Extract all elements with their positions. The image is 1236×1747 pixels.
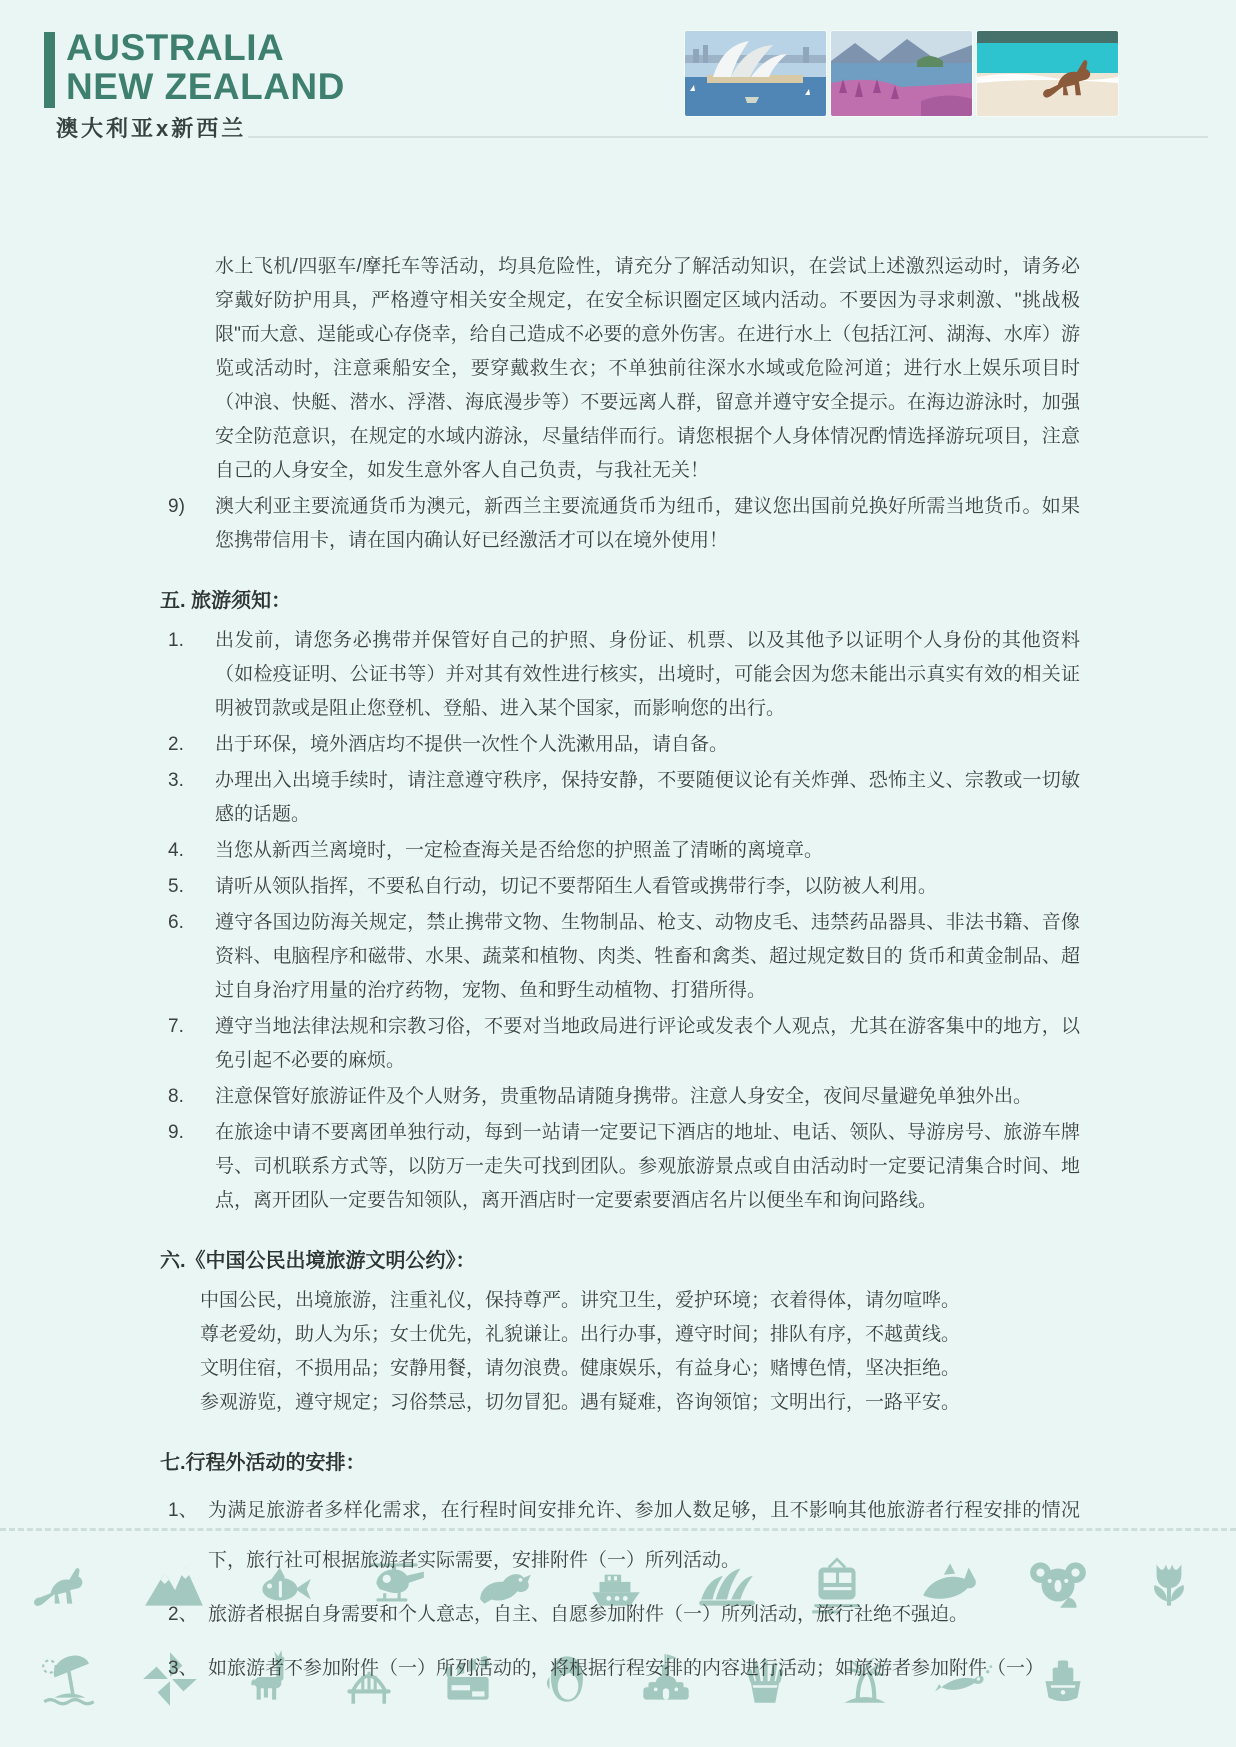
list-item: 9.在旅途中请不要离团单独行动，每到一站请一定要记下酒店的地址、电话、领队、导游… (160, 1116, 1080, 1218)
item-text: 办理出入出境手续时，请注意遵守秩序，保持安静，不要随便议论有关炸弹、恐怖主义、宗… (215, 764, 1080, 832)
item-text: 在旅途中请不要离团单独行动，每到一站请一定要记下酒店的地址、电话、领队、导游房号… (215, 1116, 1080, 1218)
brand-subtitle: 澳大利亚x新西兰 (56, 112, 246, 143)
list-item: 2.出于环保，境外酒店均不提供一次性个人洗漱用品，请自备。 (160, 728, 1080, 762)
item-number: 1、 (160, 1486, 208, 1586)
list-item: 2、旅游者根据自身需要和个人意志，自主、自愿参加附件（一）所列活动，旅行社绝不强… (160, 1590, 1080, 1640)
item-number: 9) (160, 490, 215, 558)
item-number: 4. (160, 834, 215, 868)
list-item: 7.遵守当地法律法规和宗教习俗，不要对当地政局进行评论或发表个人观点，尤其在游客… (160, 1010, 1080, 1078)
item-number: 2. (160, 728, 215, 762)
pledge-line: 文明住宿，不损用品；安静用餐，请勿浪费。健康娱乐，有益身心；赌博色情，坚决拒绝。 (200, 1352, 1080, 1386)
document-body: 水上飞机/四驱车/摩托车等活动，均具危险性，请充分了解活动知识，在尝试上述激烈运… (160, 250, 1080, 1694)
section5-title: 五. 旅游须知： (160, 584, 1080, 618)
item-text: 请听从领队指挥，不要私自行动，切记不要帮陌生人看管或携带行李，以防被人利用。 (215, 870, 1080, 904)
item-text: 遵守各国边防海关规定，禁止携带文物、生物制品、枪支、动物皮毛、违禁药品器具、非法… (215, 906, 1080, 1008)
item-number: 1. (160, 624, 215, 726)
lake-lupins-photo (831, 31, 972, 116)
list-item: 9) 澳大利亚主要流通货币为澳元，新西兰主要流通货币为纽币，建议您出国前兑换好所… (160, 490, 1080, 558)
item-text: 注意保管好旅游证件及个人财务，贵重物品请随身携带。注意人身安全，夜间尽量避免单独… (215, 1080, 1080, 1114)
item-text: 澳大利亚主要流通货币为澳元，新西兰主要流通货币为纽币，建议您出国前兑换好所需当地… (215, 490, 1080, 558)
item-number: 6. (160, 906, 215, 1008)
item-number: 5. (160, 870, 215, 904)
list-item: 4.当您从新西兰离境时，一定检查海关是否给您的护照盖了清晰的离境章。 (160, 834, 1080, 868)
list-item: 6.遵守各国边防海关规定，禁止携带文物、生物制品、枪支、动物皮毛、违禁药品器具、… (160, 906, 1080, 1008)
brand-line1: AUSTRALIA (66, 28, 345, 67)
sydney-opera-house-photo (685, 31, 826, 116)
item-text: 如旅游者不参加附件（一）所列活动的，将根据行程安排的内容进行活动；如旅游者参加附… (208, 1644, 1080, 1694)
brand-logo: AUSTRALIA NEW ZEALAND (44, 28, 345, 108)
brand-wordmark: AUSTRALIA NEW ZEALAND (66, 28, 345, 106)
section7-list: 1、为满足旅游者多样化需求，在行程时间安排允许、参加人数足够，且不影响其他旅游者… (160, 1486, 1080, 1694)
item-text: 出发前，请您务必携带并保管好自己的护照、身份证、机票、以及其他予以证明个人身份的… (215, 624, 1080, 726)
safety-paragraph: 水上飞机/四驱车/摩托车等活动，均具危险性，请充分了解活动知识，在尝试上述激烈运… (215, 250, 1080, 488)
pledge-line: 中国公民，出境旅游，注重礼仪，保持尊严。讲究卫生，爱护环境；衣着得体，请勿喧哗。 (200, 1284, 1080, 1318)
list-item: 3.办理出入出境手续时，请注意遵守秩序，保持安静，不要随便议论有关炸弹、恐怖主义… (160, 764, 1080, 832)
list-item: 3、如旅游者不参加附件（一）所列活动的，将根据行程安排的内容进行活动；如旅游者参… (160, 1644, 1080, 1694)
section7-title: 七.行程外活动的安排： (160, 1446, 1080, 1480)
item-number: 3. (160, 764, 215, 832)
kangaroo-beach-photo (977, 31, 1118, 116)
item-number: 8. (160, 1080, 215, 1114)
item-text: 出于环保，境外酒店均不提供一次性个人洗漱用品，请自备。 (215, 728, 1080, 762)
list-item: 1.出发前，请您务必携带并保管好自己的护照、身份证、机票、以及其他予以证明个人身… (160, 624, 1080, 726)
document-page: AUSTRALIA NEW ZEALAND 澳大利亚x新西兰 (0, 0, 1236, 1747)
header-divider (248, 136, 1208, 138)
beach-umbrella-icon (38, 1646, 104, 1712)
item-number: 7. (160, 1010, 215, 1078)
item-text: 为满足旅游者多样化需求，在行程时间安排允许、参加人数足够，且不影响其他旅游者行程… (208, 1486, 1080, 1586)
item-number: 3、 (160, 1644, 208, 1694)
pledge-line: 尊老爱幼，助人为乐；女士优先，礼貌谦让。出行办事，遵守时间；排队有序，不越黄线。 (200, 1318, 1080, 1352)
section6-title: 六.《中国公民出境旅游文明公约》： (160, 1244, 1080, 1278)
header-photos (685, 31, 1118, 116)
brand-bar (44, 32, 55, 108)
item-text: 遵守当地法律法规和宗教习俗，不要对当地政局进行评论或发表个人观点，尤其在游客集中… (215, 1010, 1080, 1078)
tulip-icon (1136, 1552, 1202, 1618)
item-number: 9. (160, 1116, 215, 1218)
kangaroo-icon (30, 1552, 96, 1618)
brand-line2: NEW ZEALAND (66, 67, 345, 106)
list-item: 1、为满足旅游者多样化需求，在行程时间安排允许、参加人数足够，且不影响其他旅游者… (160, 1486, 1080, 1586)
item-number: 2、 (160, 1590, 208, 1640)
list-item: 5.请听从领队指挥，不要私自行动，切记不要帮陌生人看管或携带行李，以防被人利用。 (160, 870, 1080, 904)
list-item: 8.注意保管好旅游证件及个人财务，贵重物品请随身携带。注意人身安全，夜间尽量避免… (160, 1080, 1080, 1114)
item-text: 旅游者根据自身需要和个人意志，自主、自愿参加附件（一）所列活动，旅行社绝不强迫。 (208, 1590, 1080, 1640)
item-text: 当您从新西兰离境时，一定检查海关是否给您的护照盖了清晰的离境章。 (215, 834, 1080, 868)
pledge-line: 参观游览，遵守规定；习俗禁忌，切勿冒犯。遇有疑难，咨询领馆；文明出行，一路平安。 (200, 1386, 1080, 1420)
